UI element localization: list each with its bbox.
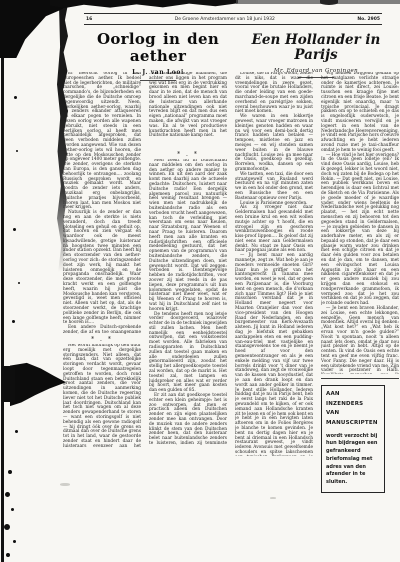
notice-heading-line: VAN MANUSCRIPTEN bbox=[326, 409, 381, 428]
scan-speck bbox=[8, 470, 12, 474]
manuscript-notice-box: AAN INZENDERS VAN MANUSCRIPTEN wordt ver… bbox=[321, 385, 385, 493]
scan-artifact-mid-tail bbox=[2, 366, 15, 402]
scan-speck bbox=[13, 228, 16, 231]
article-right-title: Een Hollander in Parijs bbox=[234, 33, 398, 63]
scan-speck bbox=[16, 150, 18, 152]
paragraph: Wij hebben zwijgend gedaan op het matgla… bbox=[321, 72, 399, 154]
masthead-bar: 16 De Groene Amsterdammer van 18 Juni 19… bbox=[84, 13, 382, 25]
scan-speck bbox=[11, 508, 14, 511]
paragraph: Het wordt natuurlijk op den duur erg moe… bbox=[63, 344, 141, 449]
scan-speck bbox=[18, 282, 20, 284]
column-3: Louise, die in Parijs woont, zeide: dit … bbox=[235, 72, 313, 493]
scan-artifact-top-streak bbox=[236, 0, 400, 4]
scan-speck bbox=[6, 553, 10, 557]
column-3-block: Louise, die in Parijs woont, zeide: dit … bbox=[235, 72, 313, 456]
paragraph: — Je bent een braven Hollander, zei Loui… bbox=[321, 307, 399, 374]
scan-speck bbox=[13, 540, 16, 543]
column-4: Wij hebben zwijgend gedaan op het matgla… bbox=[321, 72, 399, 493]
paragraph: — Jij bent maar een aardig mannetje, zeg… bbox=[235, 254, 313, 456]
column-2: ...de stemmachtige maanden, die achter o… bbox=[149, 72, 227, 493]
notice-heading-line: AAN bbox=[326, 390, 381, 400]
paragraph: ...de stemmachtige maanden, die achter o… bbox=[149, 72, 227, 139]
notice-heading-line: INZENDERS bbox=[326, 400, 381, 410]
notice-body: wordt verzocht bij hun bijdragen een gef… bbox=[326, 433, 381, 487]
issue-number: No. 2905 bbox=[357, 17, 380, 22]
scan-speck bbox=[15, 430, 18, 433]
paragraph: — Hoe vind je het hier overigens? In de … bbox=[321, 154, 399, 308]
paragraph: Een andere Duitsch-sprekende zender, die… bbox=[63, 326, 141, 335]
scan-speck bbox=[12, 320, 15, 323]
scan-artifact-left-line bbox=[1, 0, 4, 562]
end-of-article-rule bbox=[321, 378, 399, 379]
column-4-block: Wij hebben zwijgend gedaan op het matgla… bbox=[321, 72, 399, 374]
column-2-block-b: Men zoekt nu in Duitschland naar middele… bbox=[149, 159, 227, 445]
scan-artifact-corner-blob bbox=[0, 0, 74, 58]
paragraph: Louise, die in Parijs woont, zeide: dit … bbox=[235, 72, 313, 115]
paragraph: We waren in een lokkertje geweest, waar … bbox=[235, 115, 313, 173]
section-divider: * . * bbox=[149, 150, 227, 159]
scanned-newspaper-page: { "page": { "header": { "page_number": "… bbox=[0, 0, 400, 562]
paragraph: Natuurlijk is de zender er dan nog en aa… bbox=[63, 211, 141, 326]
column-1: Er heerscht oorlog in den Europeeschen a… bbox=[63, 72, 141, 493]
text-columns: Er heerscht oorlog in den Europeeschen a… bbox=[63, 72, 400, 493]
page-number: 16 bbox=[86, 17, 92, 22]
paragraph: Men zoekt nu in Duitschland naar middele… bbox=[149, 159, 227, 313]
article-left-title: Oorlog in den aether bbox=[78, 31, 238, 64]
column-1-block-a: Er heerscht oorlog in den Europeeschen a… bbox=[63, 72, 141, 335]
scan-artifact-mid-blob bbox=[10, 362, 66, 408]
scan-speck bbox=[14, 96, 17, 99]
masthead-title: De Groene Amsterdammer van 18 Juni 1932 bbox=[175, 17, 275, 22]
paragraph: Er heerscht oorlog in den Europeeschen a… bbox=[63, 72, 141, 211]
scan-smudge bbox=[270, 497, 276, 499]
column-2-block-a: ...de stemmachtige maanden, die achter o… bbox=[149, 72, 227, 150]
paragraph: Als zij vroeger niet daar Geldermalsen h… bbox=[235, 206, 313, 254]
paragraph: We tastten, een taxi, die door een straa… bbox=[235, 173, 313, 202]
scan-speck bbox=[4, 524, 10, 530]
scan-artifact-top-blob bbox=[320, 0, 338, 5]
paragraph: De tendens heeft men nog ietsje verder d… bbox=[149, 313, 227, 395]
paragraph: Er zit aan dat goedkoope toestel echter … bbox=[149, 394, 227, 445]
column-1-block-b: Het wordt natuurlijk op den duur erg moe… bbox=[63, 344, 141, 449]
scan-artifact-top-strip bbox=[50, 0, 238, 8]
scan-speck bbox=[5, 492, 10, 497]
section-divider: * . * bbox=[63, 335, 141, 344]
